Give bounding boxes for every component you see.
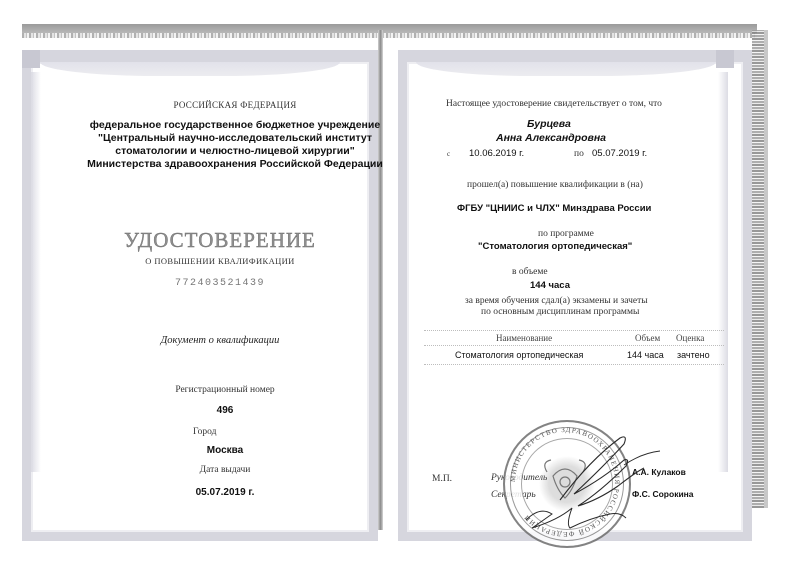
date-to-label: по	[574, 149, 584, 159]
signature-secretary-icon	[520, 488, 630, 538]
date-to-value: 05.07.2019 г.	[592, 148, 647, 159]
cover-right-shade	[764, 30, 768, 508]
issue-date-value: 05.07.2019 г.	[140, 487, 310, 498]
table-header-grade: Оценка	[676, 333, 704, 343]
volume-label: в объеме	[512, 267, 548, 277]
exams-line-1: за время обучения сдал(а) экзамены и зач…	[465, 296, 648, 306]
city-label: Город	[193, 427, 216, 437]
certificate-subtitle: О ПОВЫШЕНИИ КВАЛИФИКАЦИИ	[100, 256, 340, 266]
institution-line: Министерства здравоохранения Российской …	[70, 158, 400, 171]
table-header-rule	[424, 345, 724, 346]
cover-top-strip	[22, 33, 757, 38]
city-value: Москва	[140, 445, 310, 456]
holder-surname: Бурцева	[527, 118, 571, 130]
issue-date-label: Дата выдачи	[140, 465, 310, 475]
certificate-title: УДОСТОВЕРЕНИЕ	[100, 228, 340, 253]
date-from-label: с	[447, 150, 450, 158]
holder-given-names: Анна Александровна	[496, 132, 606, 144]
cover-top-edge	[22, 24, 757, 33]
reg-number-value: 496	[140, 405, 310, 416]
left-page-edge-ornament	[31, 72, 41, 472]
cover-right-edge	[752, 30, 764, 508]
institution-line: "Центральный научно-исследовательский ин…	[70, 132, 400, 145]
program-value: "Стоматология ортопедическая"	[478, 241, 632, 252]
table-top-rule	[424, 330, 724, 331]
table-cell-subject: Стоматология ортопедическая	[455, 350, 583, 360]
volume-value: 144 часа	[530, 280, 570, 291]
table-header-volume: Объем	[635, 333, 660, 343]
table-bottom-rule	[424, 364, 724, 365]
document-type: Документ о квалификации	[120, 335, 320, 346]
stamp-place-label: М.П.	[432, 474, 452, 484]
reg-number-label: Регистрационный номер	[140, 385, 310, 395]
table-header-name: Наименование	[496, 333, 552, 343]
organization-value: ФГБУ "ЦНИИС и ЧЛХ" Минздрава России	[457, 203, 651, 214]
institution-name: федеральное государственное бюджетное уч…	[70, 119, 400, 171]
right-page-edge-ornament	[718, 72, 728, 472]
institution-line: федеральное государственное бюджетное уч…	[70, 119, 400, 132]
date-from-value: 10.06.2019 г.	[469, 148, 524, 159]
table-cell-volume: 144 часа	[627, 350, 664, 360]
passed-label: прошел(а) повышение квалификации в (на)	[467, 180, 643, 190]
institution-line: стоматологии и челюстно-лицевой хирургии…	[70, 145, 400, 158]
intro-text: Настоящее удостоверение свидетельствует …	[446, 99, 662, 109]
country-label: РОССИЙСКАЯ ФЕДЕРАЦИЯ	[80, 100, 390, 110]
right-page-corner-ornament	[716, 50, 734, 68]
exams-line-2: по основным дисциплинам программы	[481, 307, 639, 317]
program-label: по программе	[538, 229, 594, 239]
left-page-corner-ornament	[22, 50, 40, 68]
serial-number: 772403521439	[100, 278, 340, 289]
table-cell-grade: зачтено	[677, 350, 710, 360]
